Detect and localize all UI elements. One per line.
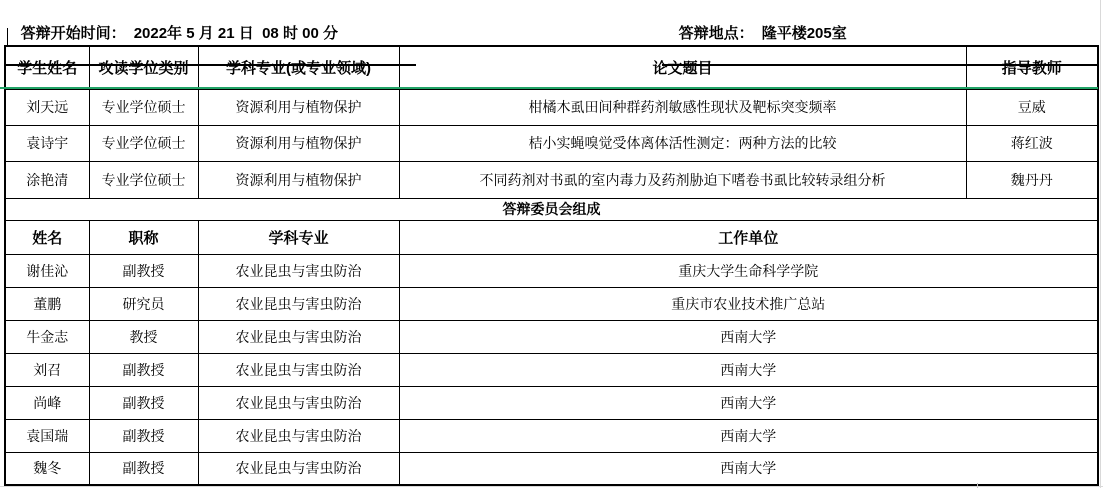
committee-name-cell[interactable]: 刘召: [5, 353, 89, 386]
student-name-cell[interactable]: 袁诗宇: [5, 125, 89, 161]
major-cell[interactable]: 资源利用与植物保护: [198, 161, 399, 198]
committee-title-cell[interactable]: 副教授: [89, 353, 198, 386]
header-student-name[interactable]: 学生姓名: [5, 46, 89, 89]
committee-title-cell[interactable]: 副教授: [89, 419, 198, 452]
committee-title-cell[interactable]: 副教授: [89, 386, 198, 419]
committee-unit-cell[interactable]: 重庆大学生命科学学院: [399, 254, 1098, 287]
committee-major-cell[interactable]: 农业昆虫与害虫防治: [198, 320, 399, 353]
committee-row: 魏冬 副教授 农业昆虫与害虫防治 西南大学: [5, 452, 1098, 485]
committee-unit-cell[interactable]: 西南大学: [399, 320, 1098, 353]
header-committee-major[interactable]: 学科专业: [198, 220, 399, 254]
committee-name-cell[interactable]: 魏冬: [5, 452, 89, 485]
spreadsheet-canvas: 答辩开始时间：2022年 5 月 21 日 08 时 00 分 答辩地点：隆平楼…: [0, 0, 1103, 488]
student-row: 刘天远 专业学位硕士 资源利用与植物保护 柑橘木虱田间种群药剂敏感性现状及靶标突…: [5, 89, 1098, 125]
thesis-title-cell[interactable]: 不同药剂对书虱的室内毒力及药剂胁迫下嗜卷书虱比较转录组分析: [399, 161, 966, 198]
committee-row: 牛金志 教授 农业昆虫与害虫防治 西南大学: [5, 320, 1098, 353]
student-name-cell[interactable]: 刘天远: [5, 89, 89, 125]
committee-name-cell[interactable]: 谢佳沁: [5, 254, 89, 287]
committee-row: 谢佳沁 副教授 农业昆虫与害虫防治 重庆大学生命科学学院: [5, 254, 1098, 287]
student-row: 袁诗宇 专业学位硕士 资源利用与植物保护 桔小实蝇嗅觉受体离体活性测定：两种方法…: [5, 125, 1098, 161]
committee-row: 刘召 副教授 农业昆虫与害虫防治 西南大学: [5, 353, 1098, 386]
committee-row: 董鹏 研究员 农业昆虫与害虫防治 重庆市农业技术推广总站: [5, 287, 1098, 320]
advisor-cell[interactable]: 魏丹丹: [966, 161, 1098, 198]
committee-major-cell[interactable]: 农业昆虫与害虫防治: [198, 353, 399, 386]
committee-unit-cell[interactable]: 西南大学: [399, 452, 1098, 485]
header-advisor[interactable]: 指导教师: [966, 46, 1098, 89]
committee-name-cell[interactable]: 牛金志: [5, 320, 89, 353]
committee-unit-cell[interactable]: 西南大学: [399, 386, 1098, 419]
committee-row: 尚峰 副教授 农业昆虫与害虫防治 西南大学: [5, 386, 1098, 419]
major-cell[interactable]: 资源利用与植物保护: [198, 89, 399, 125]
committee-section-row: 答辩委员会组成: [5, 198, 1098, 220]
advisor-cell[interactable]: 蒋红波: [966, 125, 1098, 161]
header-major[interactable]: 学科专业(或专业领域): [198, 46, 399, 89]
committee-unit-cell[interactable]: 重庆市农业技术推广总站: [399, 287, 1098, 320]
header-degree-type[interactable]: 攻读学位类别: [89, 46, 198, 89]
header-committee-title[interactable]: 职称: [89, 220, 198, 254]
committee-name-cell[interactable]: 尚峰: [5, 386, 89, 419]
sheet-gridline-horizontal: [0, 486, 1103, 487]
header-committee-name[interactable]: 姓名: [5, 220, 89, 254]
defense-schedule-table: 学生姓名 攻读学位类别 学科专业(或专业领域) 论文题目 指导教师 刘天远 专业…: [4, 45, 1099, 486]
committee-major-cell[interactable]: 农业昆虫与害虫防治: [198, 287, 399, 320]
student-row: 涂艳清 专业学位硕士 资源利用与植物保护 不同药剂对书虱的室内毒力及药剂胁迫下嗜…: [5, 161, 1098, 198]
committee-major-cell[interactable]: 农业昆虫与害虫防治: [198, 452, 399, 485]
degree-cell[interactable]: 专业学位硕士: [89, 125, 198, 161]
frozen-pane-divider: [0, 87, 1098, 89]
defense-time-value: 2022年 5 月 21 日 08 时 00 分: [134, 25, 338, 42]
sheet-gridline-vertical: [1100, 0, 1101, 488]
students-header-row: 学生姓名 攻读学位类别 学科专业(或专业领域) 论文题目 指导教师: [5, 46, 1098, 89]
header-thesis-title[interactable]: 论文题目: [399, 46, 966, 89]
committee-major-cell[interactable]: 农业昆虫与害虫防治: [198, 386, 399, 419]
thesis-title-cell[interactable]: 桔小实蝇嗅觉受体离体活性测定：两种方法的比较: [399, 125, 966, 161]
committee-unit-cell[interactable]: 西南大学: [399, 353, 1098, 386]
committee-title-cell[interactable]: 研究员: [89, 287, 198, 320]
header-committee-unit[interactable]: 工作单位: [399, 220, 1098, 254]
committee-title-cell[interactable]: 副教授: [89, 452, 198, 485]
degree-cell[interactable]: 专业学位硕士: [89, 89, 198, 125]
committee-name-cell[interactable]: 董鹏: [5, 287, 89, 320]
committee-section-title[interactable]: 答辩委员会组成: [5, 198, 1098, 220]
committee-major-cell[interactable]: 农业昆虫与害虫防治: [198, 254, 399, 287]
advisor-cell[interactable]: 豆威: [966, 89, 1098, 125]
defense-location-value: 隆平楼205室: [762, 25, 847, 42]
committee-major-cell[interactable]: 农业昆虫与害虫防治: [198, 419, 399, 452]
degree-cell[interactable]: 专业学位硕士: [89, 161, 198, 198]
student-name-cell[interactable]: 涂艳清: [5, 161, 89, 198]
thesis-title-cell[interactable]: 柑橘木虱田间种群药剂敏感性现状及靶标突变频率: [399, 89, 966, 125]
committee-title-cell[interactable]: 副教授: [89, 254, 198, 287]
committee-title-cell[interactable]: 教授: [89, 320, 198, 353]
major-cell[interactable]: 资源利用与植物保护: [198, 125, 399, 161]
defense-time-label: 答辩开始时间：: [21, 25, 126, 42]
defense-location-label: 答辩地点：: [679, 25, 754, 42]
committee-unit-cell[interactable]: 西南大学: [399, 419, 1098, 452]
committee-row: 袁国瑞 副教授 农业昆虫与害虫防治 西南大学: [5, 419, 1098, 452]
committee-header-row: 姓名 职称 学科专业 工作单位: [5, 220, 1098, 254]
committee-name-cell[interactable]: 袁国瑞: [5, 419, 89, 452]
